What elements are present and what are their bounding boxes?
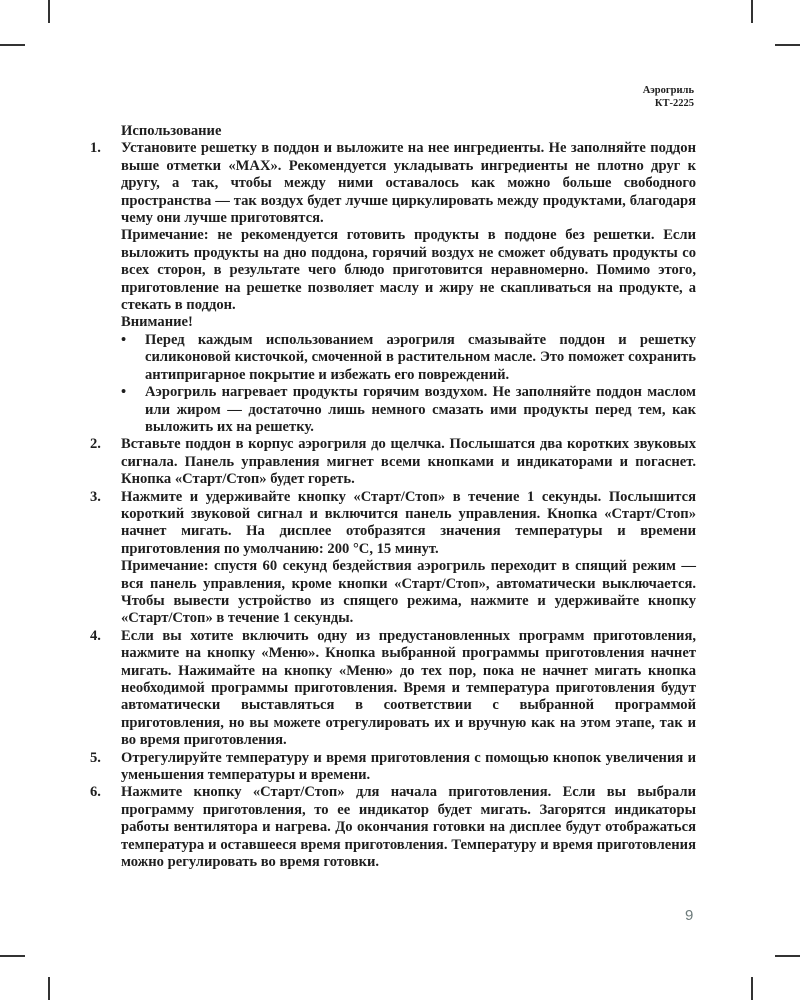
step-number: 5.: [90, 750, 101, 767]
bullet-text: Аэрогриль нагревает продукты горячим воз…: [145, 384, 696, 435]
step-text: Нажмите и удерживайте кнопку «Старт/Стоп…: [121, 489, 696, 559]
step-text: Если вы хотите включить одну из предуста…: [121, 628, 696, 750]
step-1: 1. Установите решетку в поддон и выложит…: [90, 140, 696, 436]
step-number: 1.: [90, 140, 101, 157]
running-header: Аэрогриль КТ-2225: [643, 84, 694, 110]
bullet-icon: •: [121, 332, 126, 349]
crop-mark: [751, 977, 753, 1000]
crop-mark: [48, 0, 50, 23]
header-product: Аэрогриль: [643, 84, 694, 97]
step-number: 2.: [90, 436, 101, 453]
crop-mark: [775, 44, 800, 46]
crop-mark: [0, 955, 25, 957]
crop-mark: [48, 977, 50, 1000]
step-text: Установите решетку в поддон и выложите н…: [121, 140, 696, 227]
step-5: 5. Отрегулируйте температуру и время при…: [90, 750, 696, 785]
step-text: Нажмите кнопку «Старт/Стоп» для начала п…: [121, 784, 696, 871]
note-label: Примечание:: [121, 227, 209, 243]
step-number: 6.: [90, 784, 101, 801]
step-note: Примечание: не рекомендуется готовить пр…: [121, 227, 696, 314]
steps-list: 1. Установите решетку в поддон и выложит…: [90, 140, 696, 871]
step-number: 3.: [90, 489, 101, 506]
bullet-text: Перед каждым использованием аэрогриля см…: [145, 332, 696, 383]
step-note: Примечание: спустя 60 секунд бездействия…: [121, 558, 696, 628]
step-2: 2. Вставьте поддон в корпус аэрогриля до…: [90, 436, 696, 488]
header-model: КТ-2225: [643, 97, 694, 110]
step-text: Вставьте поддон в корпус аэрогриля до ще…: [121, 436, 696, 488]
step-number: 4.: [90, 628, 101, 645]
step-6: 6. Нажмите кнопку «Старт/Стоп» для начал…: [90, 784, 696, 871]
crop-mark: [0, 44, 25, 46]
bullet-item: • Аэрогриль нагревает продукты горячим в…: [121, 384, 696, 436]
step-text: Отрегулируйте температуру и время пригот…: [121, 750, 696, 785]
section-title: Использование: [121, 123, 696, 140]
bullet-item: • Перед каждым использованием аэрогриля …: [121, 332, 696, 384]
note-label: Примечание:: [121, 558, 209, 574]
crop-mark: [751, 0, 753, 23]
page-number: 9: [685, 907, 693, 924]
step-3: 3. Нажмите и удерживайте кнопку «Старт/С…: [90, 489, 696, 628]
attention-label: Внимание!: [121, 314, 696, 331]
bullet-icon: •: [121, 384, 126, 401]
step-4: 4. Если вы хотите включить одну из преду…: [90, 628, 696, 750]
crop-mark: [775, 955, 800, 957]
page-content: Использование 1. Установите решетку в по…: [90, 123, 696, 871]
bullet-list: • Перед каждым использованием аэрогриля …: [121, 332, 696, 436]
